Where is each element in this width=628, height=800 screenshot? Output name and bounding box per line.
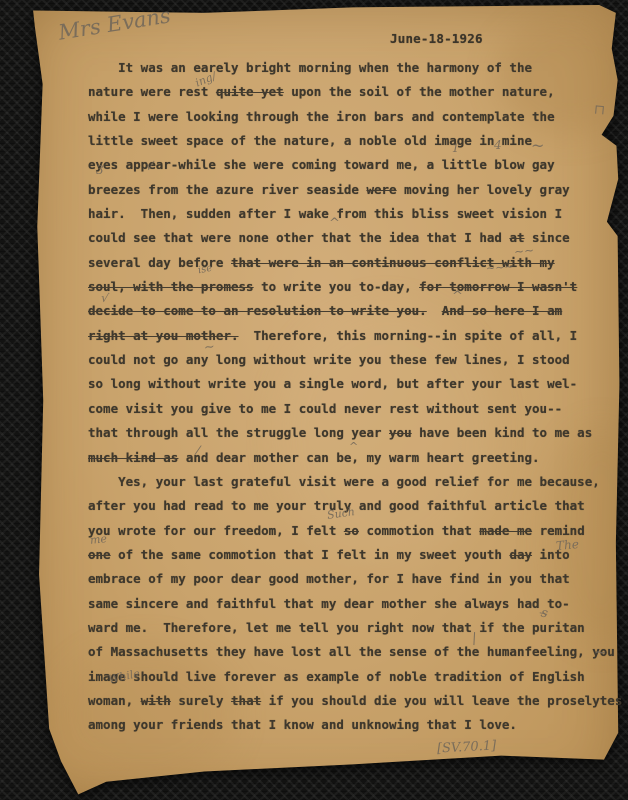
- typed-line: ward me. Therefore, let me tell you righ…: [88, 616, 622, 640]
- text-segment: same sincere and faithful that my dear m…: [88, 596, 570, 611]
- text-segment: Therefore, this morning--in spite of all…: [239, 328, 578, 343]
- scanned-letter-page: June-18-1926 It was an earely bright mor…: [0, 0, 628, 800]
- typed-text: It was an earely bright morning when the…: [88, 56, 622, 738]
- typed-line: little sweet space of the nature, a nobl…: [88, 129, 622, 153]
- struck-text: were: [366, 182, 396, 197]
- text-segment: of Massachusetts they have lost all the …: [88, 644, 615, 659]
- text-segment: could see that were none other that the …: [88, 230, 509, 245]
- typed-line: could see that were none other that the …: [88, 226, 622, 250]
- text-segment: since: [525, 230, 570, 245]
- text-segment: remind: [532, 523, 585, 538]
- typed-line: right at you mother. Therefore, this mor…: [88, 324, 622, 348]
- struck-text: you: [389, 425, 412, 440]
- text-segment: embrace of my poor dear good mother, for…: [88, 571, 570, 586]
- struck-text: decide to come to an resolution to write…: [88, 303, 427, 318]
- struck-text: much kind as: [88, 450, 178, 465]
- text-segment: little sweet space of the nature, a nobl…: [88, 133, 532, 148]
- text-segment: while I were looking through the iron ba…: [88, 109, 555, 124]
- typed-line: of Massachusetts they have lost all the …: [88, 640, 622, 664]
- typed-line: after you had read to me your truly and …: [88, 494, 622, 518]
- text-segment: ward me. Therefore, let me tell you righ…: [88, 620, 585, 635]
- typed-line: embrace of my poor dear good mother, for…: [88, 567, 622, 591]
- typed-line: breezes from the azure river seaside wer…: [88, 178, 622, 202]
- text-segment: Yes, your last grateful visit were a goo…: [88, 474, 600, 489]
- text-segment: into: [532, 547, 570, 562]
- typed-line: It was an earely bright morning when the…: [88, 56, 622, 80]
- text-segment: among your friends that I know and unkno…: [88, 717, 517, 732]
- text-segment: of the same commotion that I felt in my …: [111, 547, 510, 562]
- struck-text: And so here I am: [442, 303, 562, 318]
- typed-line: while I were looking through the iron ba…: [88, 105, 622, 129]
- text-segment: upon the soil of the mother nature,: [284, 84, 555, 99]
- typed-line: much kind as and dear mother can be, my …: [88, 446, 622, 470]
- typed-line: nature were rest quite yet upon the soil…: [88, 80, 622, 104]
- text-segment: surely: [171, 693, 231, 708]
- typed-line: come visit you give to me I could never …: [88, 397, 622, 421]
- typed-line: could not go any long without write you …: [88, 348, 622, 372]
- struck-text: quite yet: [216, 84, 284, 99]
- struck-text: one: [88, 547, 111, 562]
- text-segment: hair. Then, sudden after I wake from thi…: [88, 206, 562, 221]
- struck-text: made me: [479, 523, 532, 538]
- text-segment: image should live forever as example of …: [88, 669, 585, 684]
- text-segment: It was an earely bright morning when the…: [88, 60, 532, 75]
- typed-line: one of the same commotion that I felt in…: [88, 543, 622, 567]
- text-segment: several day before: [88, 255, 231, 270]
- text-segment: woman,: [88, 693, 141, 708]
- text-segment: that through all the struggle long year: [88, 425, 389, 440]
- struck-text: that: [231, 693, 261, 708]
- struck-text: soul, with the promess: [88, 279, 254, 294]
- letter-date: June-18-1926: [390, 31, 483, 46]
- typed-line: decide to come to an resolution to write…: [88, 299, 622, 323]
- typed-line: soul, with the promess to write you to-d…: [88, 275, 622, 299]
- typed-line: Yes, your last grateful visit were a goo…: [88, 470, 622, 494]
- text-segment: breezes from the azure river seaside: [88, 182, 366, 197]
- text-segment: nature were rest: [88, 84, 216, 99]
- struck-text: day: [509, 547, 532, 562]
- struck-text: that were in an continuous conflict with…: [231, 255, 555, 270]
- struck-text: with: [141, 693, 171, 708]
- text-segment: have been kind to me as: [412, 425, 593, 440]
- typed-line: image should live forever as example of …: [88, 665, 622, 689]
- text-segment: and dear mother can be, my warm heart gr…: [178, 450, 539, 465]
- text-segment: to write you to-day,: [254, 279, 420, 294]
- typed-line: that through all the struggle long year …: [88, 421, 622, 445]
- text-segment: so long without write you a single word,…: [88, 376, 577, 391]
- typed-line: several day before that were in an conti…: [88, 251, 622, 275]
- struck-text: for tomorrow I wasn't: [419, 279, 577, 294]
- text-segment: you wrote for our freedom, I felt: [88, 523, 344, 538]
- text-segment: after you had read to me your truly and …: [88, 498, 585, 513]
- struck-text: at: [509, 230, 524, 245]
- typed-line: so long without write you a single word,…: [88, 372, 622, 396]
- struck-text: so: [344, 523, 359, 538]
- typed-line: among your friends that I know and unkno…: [88, 713, 622, 737]
- typed-line: woman, with surely that if you should di…: [88, 689, 622, 713]
- struck-text: right at you mother.: [88, 328, 239, 343]
- text-segment: come visit you give to me I could never …: [88, 401, 562, 416]
- text-segment: moving her lovely gray: [397, 182, 570, 197]
- typed-line: hair. Then, sudden after I wake from thi…: [88, 202, 622, 226]
- typed-line: same sincere and faithful that my dear m…: [88, 592, 622, 616]
- text-segment: eyes appear-while she were coming toward…: [88, 157, 555, 172]
- text-segment: could not go any long without write you …: [88, 352, 570, 367]
- typed-line: you wrote for our freedom, I felt so com…: [88, 519, 622, 543]
- typed-line: eyes appear-while she were coming toward…: [88, 153, 622, 177]
- text-segment: [427, 303, 442, 318]
- text-segment: if you should die you will leave the pro…: [261, 693, 622, 708]
- text-segment: commotion that: [359, 523, 479, 538]
